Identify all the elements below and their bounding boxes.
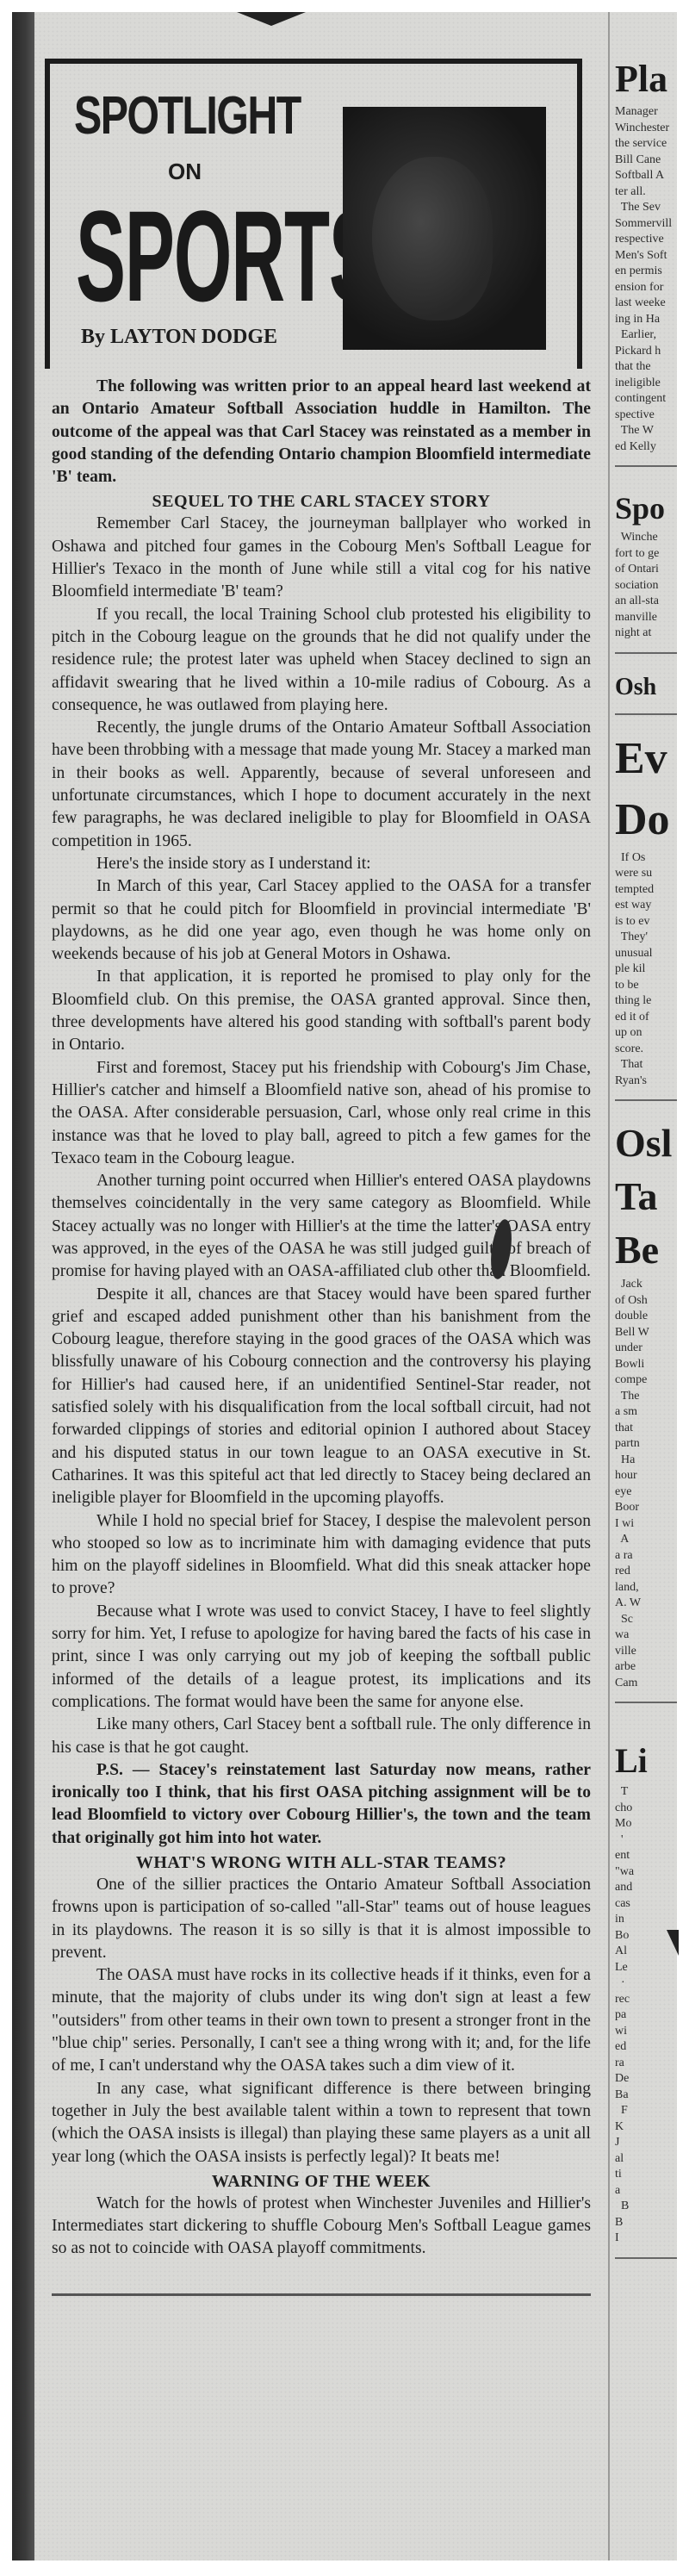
side-text-line: The W	[615, 423, 677, 439]
side-text-line: The Sev	[615, 200, 677, 216]
side-article-fragment: Osh	[615, 671, 677, 716]
column-title-spotlight: SPOTLIGHT	[74, 90, 301, 143]
side-headline: Spo	[615, 488, 677, 530]
side-rule	[615, 2257, 677, 2259]
side-text-line: Winche	[615, 530, 677, 546]
side-text-line: compe	[615, 1372, 677, 1389]
side-text-line: under	[615, 1341, 677, 1357]
column-divider	[608, 12, 610, 2560]
side-text-line: Bell W	[615, 1325, 677, 1341]
side-text-line: ent	[615, 1848, 677, 1864]
side-text-line: ter all.	[615, 184, 677, 201]
side-text-line: last weeke	[615, 296, 677, 312]
side-text-line: '	[615, 1832, 677, 1849]
column-end-rule	[52, 2293, 591, 2296]
article-paragraph: Because what I wrote was used to convict…	[52, 1601, 591, 1714]
article-paragraph: Here's the inside story as I understand …	[52, 853, 591, 875]
side-text-line: Cam	[615, 1676, 677, 1692]
article-paragraph: Remember Carl Stacey, the journeyman bal…	[52, 513, 591, 603]
decorative-triangle-icon	[237, 12, 306, 26]
side-text-line: to be	[615, 978, 677, 994]
side-text-line: ension for	[615, 280, 677, 296]
side-text-line: spective	[615, 408, 677, 424]
side-headline: Pla	[615, 53, 677, 104]
side-text-line: score.	[615, 1042, 677, 1058]
article-paragraph: In any case, what significant difference…	[52, 2078, 591, 2168]
side-text-line: and	[615, 1880, 677, 1896]
side-text-line: B	[615, 2215, 677, 2231]
article-paragraph: Watch for the howls of protest when Winc…	[52, 2193, 591, 2261]
side-text-line: manville	[615, 610, 677, 626]
side-text-line: De	[615, 2071, 677, 2088]
side-text-line: Sc	[615, 1612, 677, 1628]
side-text-line: A	[615, 1532, 677, 1548]
side-rule	[615, 1099, 677, 1101]
side-text-line: night at	[615, 625, 677, 642]
intro-paragraph: The following was written prior to an ap…	[52, 376, 591, 488]
side-text-line: were su	[615, 866, 677, 882]
side-text-line: ra	[615, 2056, 677, 2072]
side-text-line: respective	[615, 232, 677, 248]
section-heading: WARNING OF THE WEEK	[52, 2170, 591, 2193]
side-text-line: ple kil	[615, 961, 677, 978]
side-text-line: partn	[615, 1436, 677, 1453]
side-headline: Osl	[615, 1117, 677, 1170]
side-text-line: ·	[615, 1976, 677, 1992]
side-text-line: wa	[615, 1627, 677, 1644]
side-text-line: A. W	[615, 1596, 677, 1612]
side-text-line: is to ev	[615, 914, 677, 930]
side-text-line: "wa	[615, 1864, 677, 1881]
side-text-line: double	[615, 1309, 677, 1325]
side-text-line: ville	[615, 1644, 677, 1660]
side-article-fragment: PlaManagerWinchesterthe serviceBill Cane…	[615, 53, 677, 467]
side-rule	[615, 652, 677, 654]
page-binding-edge	[12, 12, 34, 2560]
side-text-line: I	[615, 2231, 677, 2247]
side-text-line: ed Kelly	[615, 439, 677, 456]
side-text-line: Boor	[615, 1500, 677, 1516]
byline: By LAYTON DODGE	[81, 326, 277, 349]
side-text-line: Bill Cane	[615, 152, 677, 169]
side-text-line: B	[615, 2199, 677, 2215]
article-paragraph: Like many others, Carl Stacey bent a sof…	[52, 1714, 591, 1759]
side-text-line: ti	[615, 2167, 677, 2183]
side-rule	[615, 1702, 677, 1703]
side-article-fragment: EvDo If Oswere sutemptedest wayis to ev …	[615, 729, 677, 1101]
article-sections: SEQUEL TO THE CARL STACEY STORYRemember …	[52, 490, 591, 2260]
article-body: The following was written prior to an ap…	[52, 376, 591, 2296]
columnist-photo	[343, 107, 546, 350]
side-text-line: J	[615, 2135, 677, 2151]
side-text-line: ing in Ha	[615, 312, 677, 328]
side-text-line: Le	[615, 1960, 677, 1976]
article-paragraph: If you recall, the local Training School…	[52, 604, 591, 717]
side-text-line: contingent	[615, 391, 677, 408]
side-headline: Do	[615, 790, 677, 850]
side-text-line: a ra	[615, 1548, 677, 1565]
side-text-line: Sommervill	[615, 216, 677, 233]
side-text-line: Bowli	[615, 1357, 677, 1373]
side-text-line: red	[615, 1564, 677, 1580]
side-text-line: Softball A	[615, 168, 677, 184]
side-text-line: land,	[615, 1580, 677, 1596]
article-paragraph: While I hold no special brief for Stacey…	[52, 1510, 591, 1601]
side-text-line: If Os	[615, 850, 677, 867]
side-headline: Ta	[615, 1170, 677, 1223]
side-text-line: K	[615, 2119, 677, 2136]
side-headline: Be	[615, 1223, 677, 1277]
portrait-face-icon	[372, 157, 493, 320]
side-text-line: a	[615, 2183, 677, 2200]
side-text-line: Manager	[615, 104, 677, 121]
article-paragraph: In that application, it is reported he p…	[52, 966, 591, 1056]
side-text-line: an all-sta	[615, 594, 677, 610]
side-text-line: al	[615, 2151, 677, 2168]
side-rule	[615, 713, 677, 715]
side-text-line: Pickard h	[615, 344, 677, 360]
side-text-line: Ryan's	[615, 1073, 677, 1090]
side-text-line: The	[615, 1389, 677, 1405]
postscript-paragraph: P.S. — Stacey's reinstatement last Satur…	[52, 1759, 591, 1850]
side-text-line: tempted	[615, 882, 677, 899]
side-text-line: est way	[615, 898, 677, 914]
side-text-line: ed it of	[615, 1010, 677, 1026]
side-text-line: Jack	[615, 1277, 677, 1293]
side-text-line: en permis	[615, 264, 677, 280]
article-paragraph: In March of this year, Carl Stacey appli…	[52, 875, 591, 966]
adjacent-column-fragment: PlaManagerWinchesterthe serviceBill Cane…	[615, 12, 677, 2560]
side-text-line: of Osh	[615, 1293, 677, 1310]
side-text-line: They'	[615, 930, 677, 946]
side-text-line: wi	[615, 2024, 677, 2040]
column-title-sports: SPORTS	[76, 191, 378, 320]
side-text-line: Men's Soft	[615, 248, 677, 264]
side-text-line: pa	[615, 2007, 677, 2024]
side-text-line: in	[615, 1912, 677, 1928]
article-paragraph: Recently, the jungle drums of the Ontari…	[52, 717, 591, 853]
side-text-line: arbe	[615, 1659, 677, 1676]
side-text-line: I wi	[615, 1516, 677, 1533]
side-text-line: T	[615, 1784, 677, 1801]
article-paragraph: First and foremost, Stacey put his frien…	[52, 1057, 591, 1170]
side-article-fragment: OslTaBe Jackof OshdoubleBell WunderBowli…	[615, 1117, 677, 1703]
side-text-line: thing le	[615, 993, 677, 1010]
side-text-line: hour	[615, 1468, 677, 1484]
column-title-on: ON	[168, 159, 202, 185]
side-text-line: that the	[615, 359, 677, 376]
side-text-line: up on	[615, 1025, 677, 1042]
side-text-line: fort to ge	[615, 546, 677, 563]
side-text-line: Earlier,	[615, 327, 677, 344]
article-paragraph: Despite it all, chances are that Stacey …	[52, 1284, 591, 1510]
side-text-line: unusual	[615, 946, 677, 962]
side-text-line: cho	[615, 1801, 677, 1817]
side-text-line: ed	[615, 2039, 677, 2056]
side-text-line: Mo	[615, 1816, 677, 1832]
side-text-line: ineligible	[615, 376, 677, 392]
side-headline: Osh	[615, 671, 677, 704]
section-heading: SEQUEL TO THE CARL STACEY STORY	[52, 490, 591, 513]
decorative-wedge-icon	[667, 1930, 679, 1956]
side-text-line: F	[615, 2103, 677, 2119]
section-heading: WHAT'S WRONG WITH ALL-STAR TEAMS?	[52, 1851, 591, 1874]
side-text-line: Winchester	[615, 121, 677, 137]
side-article-fragment: Li TchoMo 'ent"waandcasinBoAlLe ·recpawi…	[615, 1738, 677, 2259]
side-text-line: of Ontari	[615, 562, 677, 578]
side-text-line: a sm	[615, 1404, 677, 1421]
article-paragraph: One of the sillier practices the Ontario…	[52, 1874, 591, 1964]
side-text-line: the service	[615, 136, 677, 152]
side-text-line: sociation	[615, 578, 677, 594]
article-paragraph: The OASA must have rocks in its collecti…	[52, 1964, 591, 2077]
side-headline: Li	[615, 1738, 677, 1784]
side-text-line: Ha	[615, 1453, 677, 1469]
side-rule	[615, 465, 677, 467]
side-text-line: That	[615, 1057, 677, 1073]
side-text-line: rec	[615, 1992, 677, 2008]
side-headline: Ev	[615, 729, 677, 789]
side-text-line: cas	[615, 1896, 677, 1913]
side-article-fragment: Spo Winchefort to geof Ontarisociationan…	[615, 488, 677, 653]
side-text-line: Ba	[615, 2088, 677, 2104]
side-text-line: eye	[615, 1484, 677, 1501]
side-text-line: that	[615, 1421, 677, 1437]
